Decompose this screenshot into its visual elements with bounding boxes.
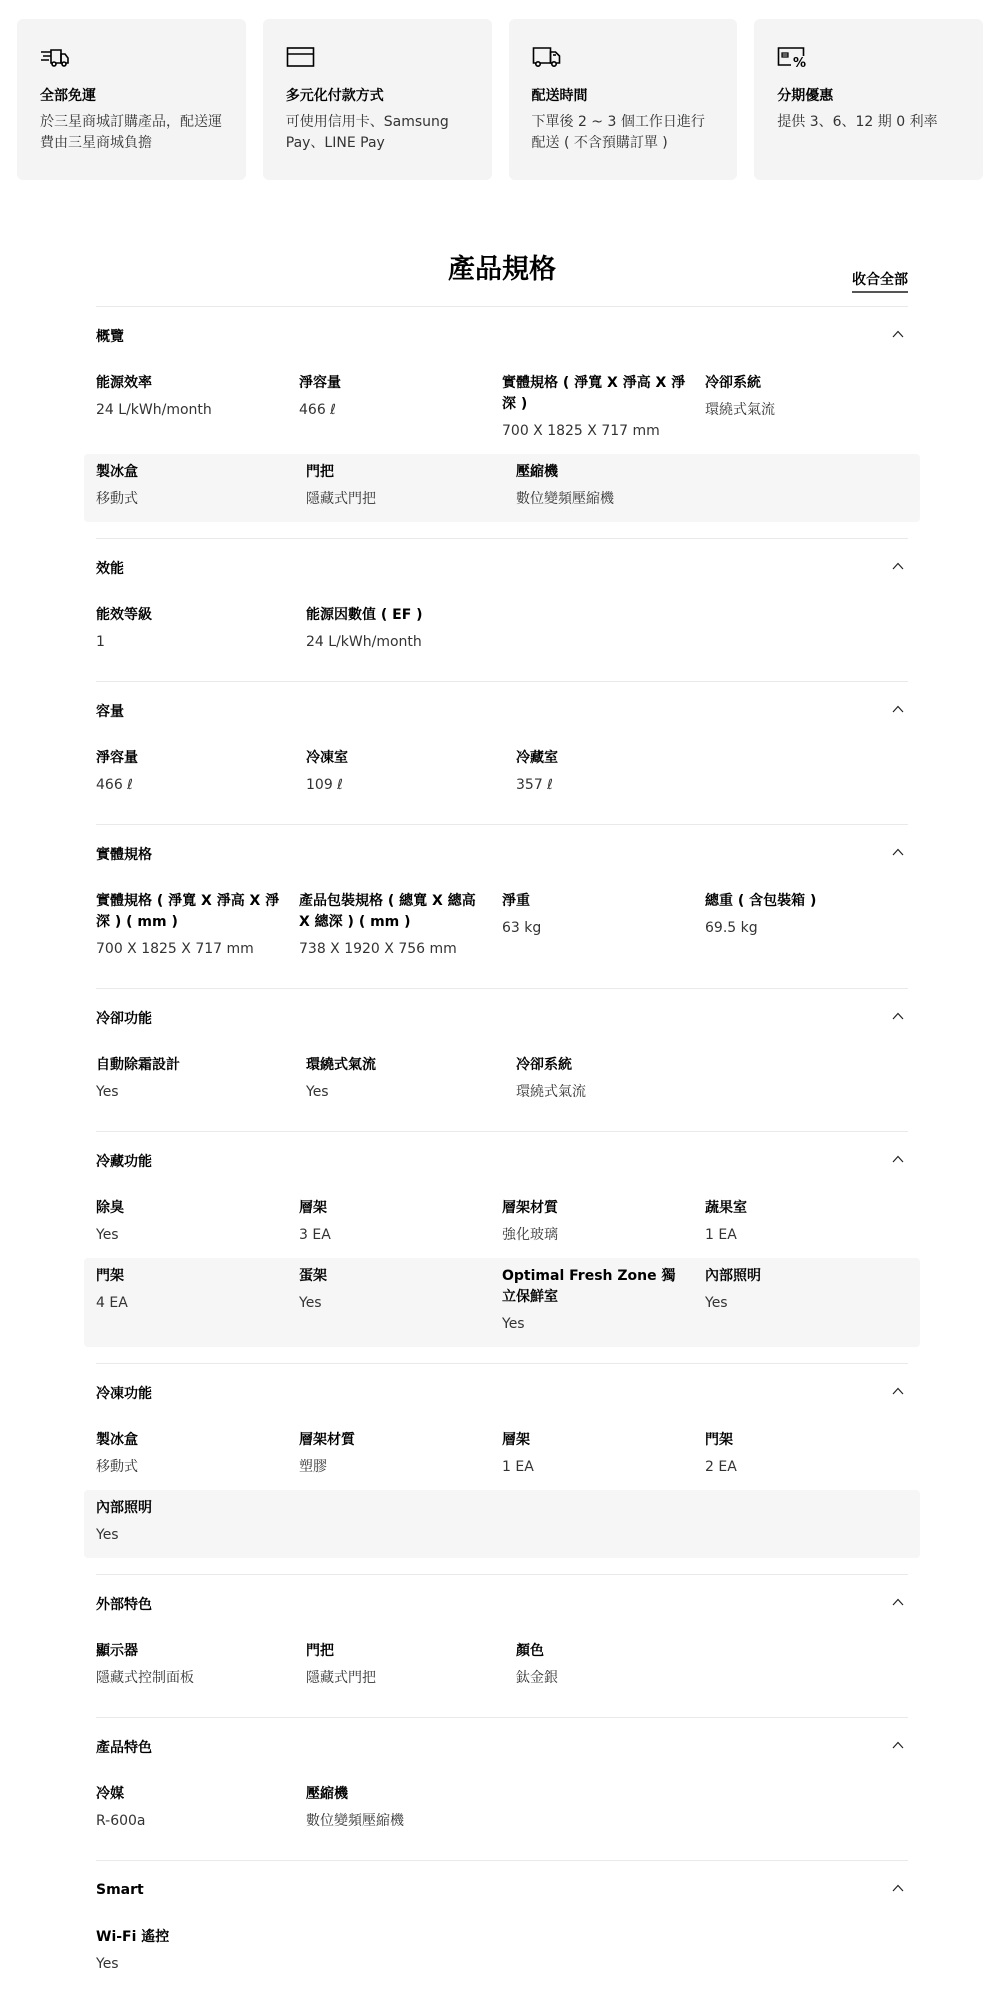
benefits-bar: 全部免運 於三星商城訂購產品，配送運費由三星商城負擔 多元化付款方式 可使用信用… [17, 19, 983, 180]
spec-label: 顯示器 [96, 1641, 288, 1662]
spec-label: 蔬果室 [705, 1198, 890, 1219]
fast-delivery-truck-icon [40, 45, 70, 69]
section-title: 冷卻功能 [96, 1008, 152, 1028]
spec-label: 自動除霜設計 [96, 1055, 288, 1076]
spec-row: 能源效率24 L/kWh/month淨容量466 ℓ實體規格 ( 淨寬 X 淨高… [96, 365, 908, 454]
spec-value: 隱藏式門把 [306, 1668, 498, 1689]
spec-value: 466 ℓ [299, 400, 484, 421]
section-title: 冷藏功能 [96, 1151, 152, 1171]
benefit-desc: 可使用信用卡、Samsung Pay、LINE Pay [286, 112, 470, 154]
spec-value: Yes [705, 1293, 890, 1314]
benefit-title: 配送時間 [532, 86, 716, 106]
spec-value: R-600a [96, 1811, 288, 1832]
spec-item: 門架4 EA [96, 1266, 299, 1335]
spec-label: 製冰盒 [96, 462, 288, 483]
spec-label: 蛋架 [299, 1266, 484, 1287]
collapse-all-link[interactable]: 收合全部 [852, 270, 908, 293]
delivery-truck-icon [532, 45, 562, 69]
spec-value: 700 X 1825 X 717 mm [502, 421, 687, 442]
spec-value: 塑膠 [299, 1457, 484, 1478]
spec-item: 冷卻系統環繞式氣流 [705, 373, 908, 442]
spec-item: 環繞式氣流Yes [306, 1055, 516, 1103]
spec-item: 實體規格 ( 淨寬 X 淨高 X 淨深 )700 X 1825 X 717 mm [502, 373, 705, 442]
spec-value: 數位變頻壓縮機 [516, 489, 708, 510]
chevron-up-icon[interactable] [892, 1884, 904, 1896]
spec-label: 內部照明 [705, 1266, 890, 1287]
spec-item: 蛋架Yes [299, 1266, 502, 1335]
spec-row: 冷媒R-600a壓縮機數位變頻壓縮機 [96, 1776, 908, 1844]
section-body: 能效等級1能源因數值 ( EF )24 L/kWh/month [96, 597, 908, 681]
spec-value: 63 kg [502, 918, 687, 939]
spec-item: 冷藏室357 ℓ [516, 748, 726, 796]
section-body: Wi-Fi 遙控Yes [96, 1919, 908, 2003]
spec-section: 效能 能效等級1能源因數值 ( EF )24 L/kWh/month [96, 539, 908, 681]
spec-value: Yes [96, 1954, 288, 1975]
spec-label: 冷藏室 [516, 748, 708, 769]
spec-row: 製冰盒移動式層架材質塑膠層架1 EA門架2 EA [96, 1422, 908, 1490]
spec-label: 能源因數值 ( EF ) [306, 605, 498, 626]
section-body: 除臭Yes層架3 EA層架材質強化玻璃蔬果室1 EA門架4 EA蛋架YesOpt… [96, 1190, 908, 1363]
spec-item: 冷凍室109 ℓ [306, 748, 516, 796]
spec-value: 700 X 1825 X 717 mm [96, 939, 281, 960]
spec-value: 鈦金銀 [516, 1668, 708, 1689]
spec-value: 24 L/kWh/month [306, 632, 498, 653]
spec-section: 實體規格 實體規格 ( 淨寬 X 淨高 X 淨深 ) ( mm )700 X 1… [96, 825, 908, 988]
spec-item: 淨重63 kg [502, 891, 705, 960]
spec-value: 3 EA [299, 1225, 484, 1246]
spec-value: 環繞式氣流 [705, 400, 890, 421]
spec-item: 自動除霜設計Yes [96, 1055, 306, 1103]
spec-item: 內部照明Yes [705, 1266, 908, 1335]
spec-item: 淨容量466 ℓ [96, 748, 306, 796]
spec-item: 總重 ( 含包裝箱 )69.5 kg [705, 891, 908, 960]
spec-label: 內部照明 [96, 1498, 288, 1519]
section-header[interactable]: 冷藏功能 [96, 1132, 908, 1190]
spec-label: 總重 ( 含包裝箱 ) [705, 891, 890, 912]
section-header[interactable]: 冷卻功能 [96, 989, 908, 1047]
benefit-installment: % 分期優惠 提供 3、6、12 期 0 利率 [754, 19, 983, 180]
installment-percent-icon: % [777, 45, 807, 69]
spec-item: Wi-Fi 遙控Yes [96, 1927, 306, 1975]
spec-section: 冷藏功能 除臭Yes層架3 EA層架材質強化玻璃蔬果室1 EA門架4 EA蛋架Y… [96, 1132, 908, 1363]
spec-label: 淨重 [502, 891, 687, 912]
section-body: 顯示器隱藏式控制面板門把隱藏式門把顏色鈦金銀 [96, 1633, 908, 1717]
benefit-title: 全部免運 [40, 86, 224, 106]
spec-label: 層架 [299, 1198, 484, 1219]
spec-label: 冷卻系統 [516, 1055, 708, 1076]
section-title: 效能 [96, 558, 124, 578]
section-header[interactable]: 產品特色 [96, 1718, 908, 1776]
page-title: 產品規格 [96, 250, 908, 290]
spec-item: 顏色鈦金銀 [516, 1641, 726, 1689]
spec-label: 層架 [502, 1430, 687, 1451]
spec-label: 環繞式氣流 [306, 1055, 498, 1076]
section-body: 冷媒R-600a壓縮機數位變頻壓縮機 [96, 1776, 908, 1860]
spec-item: 能效等級1 [96, 605, 306, 653]
spec-label: 淨容量 [299, 373, 484, 394]
section-title: 外部特色 [96, 1594, 152, 1614]
spec-label: Wi-Fi 遙控 [96, 1927, 288, 1948]
spec-item: 能源因數值 ( EF )24 L/kWh/month [306, 605, 516, 653]
spec-value: 1 EA [502, 1457, 687, 1478]
spec-value: 109 ℓ [306, 775, 498, 796]
section-body: 製冰盒移動式層架材質塑膠層架1 EA門架2 EA內部照明Yes [96, 1422, 908, 1574]
spec-value: 357 ℓ [516, 775, 708, 796]
spec-label: Optimal Fresh Zone 獨立保鮮室 [502, 1266, 687, 1308]
spec-label: 實體規格 ( 淨寬 X 淨高 X 淨深 ) [502, 373, 687, 415]
benefit-free-shipping: 全部免運 於三星商城訂購產品，配送運費由三星商城負擔 [17, 19, 246, 180]
spec-item: 層架3 EA [299, 1198, 502, 1246]
section-body: 能源效率24 L/kWh/month淨容量466 ℓ實體規格 ( 淨寬 X 淨高… [96, 365, 908, 538]
spec-value: 466 ℓ [96, 775, 288, 796]
spec-value: 移動式 [96, 489, 288, 510]
benefit-desc: 下單後 2 ~ 3 個工作日進行配送 ( 不含預購訂單 ) [532, 112, 716, 154]
spec-section: 冷凍功能 製冰盒移動式層架材質塑膠層架1 EA門架2 EA內部照明Yes [96, 1364, 908, 1574]
spec-section: 概覽 能源效率24 L/kWh/month淨容量466 ℓ實體規格 ( 淨寬 X… [96, 307, 908, 538]
spec-value: Yes [96, 1525, 288, 1546]
benefit-delivery-time: 配送時間 下單後 2 ~ 3 個工作日進行配送 ( 不含預購訂單 ) [509, 19, 738, 180]
section-header[interactable]: 實體規格 [96, 825, 908, 883]
section-header[interactable]: 概覽 [96, 307, 908, 365]
spec-item: 冷媒R-600a [96, 1784, 306, 1832]
chevron-up-icon[interactable] [892, 562, 904, 574]
spec-item: 門把隱藏式門把 [306, 462, 516, 510]
spec-row: Wi-Fi 遙控Yes [96, 1919, 908, 1987]
spec-label: 產品包裝規格 ( 總寬 X 總高 X 總深 ) ( mm ) [299, 891, 484, 933]
chevron-up-icon[interactable] [892, 1155, 904, 1167]
chevron-up-icon[interactable] [892, 705, 904, 717]
spec-row: 內部照明Yes [84, 1490, 920, 1558]
spec-value: 2 EA [705, 1457, 890, 1478]
chevron-up-icon[interactable] [892, 1598, 904, 1610]
spec-item: Optimal Fresh Zone 獨立保鮮室Yes [502, 1266, 705, 1335]
spec-value: Yes [299, 1293, 484, 1314]
spec-label: 層架材質 [502, 1198, 687, 1219]
spec-item: 層架材質強化玻璃 [502, 1198, 705, 1246]
benefit-title: 分期優惠 [777, 86, 961, 106]
spec-value: Yes [306, 1082, 498, 1103]
spec-value: 數位變頻壓縮機 [306, 1811, 498, 1832]
section-body: 淨容量466 ℓ冷凍室109 ℓ冷藏室357 ℓ [96, 740, 908, 824]
section-title: 實體規格 [96, 844, 152, 864]
spec-row: 實體規格 ( 淨寬 X 淨高 X 淨深 ) ( mm )700 X 1825 X… [96, 883, 908, 972]
spec-item: 產品包裝規格 ( 總寬 X 總高 X 總深 ) ( mm )738 X 1920… [299, 891, 502, 960]
spec-item: 顯示器隱藏式控制面板 [96, 1641, 306, 1689]
spec-row: 淨容量466 ℓ冷凍室109 ℓ冷藏室357 ℓ [96, 740, 908, 808]
spec-label: 門架 [705, 1430, 890, 1451]
spec-label: 冷卻系統 [705, 373, 890, 394]
spec-label: 層架材質 [299, 1430, 484, 1451]
section-title: Smart [96, 1882, 144, 1898]
spec-value: 738 X 1920 X 756 mm [299, 939, 484, 960]
benefit-desc: 提供 3、6、12 期 0 利率 [777, 112, 961, 133]
chevron-up-icon[interactable] [892, 1012, 904, 1024]
product-specs: 產品規格 收合全部 概覽 能源效率24 L/kWh/month淨容量466 ℓ實… [96, 250, 908, 2003]
spec-item: 實體規格 ( 淨寬 X 淨高 X 淨深 ) ( mm )700 X 1825 X… [96, 891, 299, 960]
spec-item: 層架材質塑膠 [299, 1430, 502, 1478]
spec-value: Yes [96, 1225, 281, 1246]
chevron-up-icon[interactable] [892, 330, 904, 342]
spec-value: 1 EA [705, 1225, 890, 1246]
spec-label: 顏色 [516, 1641, 708, 1662]
spec-item: 層架1 EA [502, 1430, 705, 1478]
spec-label: 門把 [306, 1641, 498, 1662]
spec-row: 除臭Yes層架3 EA層架材質強化玻璃蔬果室1 EA [96, 1190, 908, 1258]
spec-label: 冷媒 [96, 1784, 288, 1805]
chevron-up-icon[interactable] [892, 848, 904, 860]
section-body: 自動除霜設計Yes環繞式氣流Yes冷卻系統環繞式氣流 [96, 1047, 908, 1131]
spec-value: 隱藏式門把 [306, 489, 498, 510]
spec-value: Yes [502, 1314, 687, 1335]
section-header[interactable]: 容量 [96, 682, 908, 740]
spec-value: Yes [96, 1082, 288, 1103]
spec-row: 門架4 EA蛋架YesOptimal Fresh Zone 獨立保鮮室Yes內部… [84, 1258, 920, 1347]
spec-item: 除臭Yes [96, 1198, 299, 1246]
section-header[interactable]: 外部特色 [96, 1575, 908, 1633]
section-title: 容量 [96, 701, 124, 721]
spec-row: 自動除霜設計Yes環繞式氣流Yes冷卻系統環繞式氣流 [96, 1047, 908, 1115]
spec-label: 淨容量 [96, 748, 288, 769]
spec-label: 除臭 [96, 1198, 281, 1219]
spec-item: 製冰盒移動式 [96, 462, 306, 510]
spec-value: 隱藏式控制面板 [96, 1668, 288, 1689]
section-body: 實體規格 ( 淨寬 X 淨高 X 淨深 ) ( mm )700 X 1825 X… [96, 883, 908, 988]
section-header[interactable]: 冷凍功能 [96, 1364, 908, 1422]
spec-label: 門架 [96, 1266, 281, 1287]
spec-section: 外部特色 顯示器隱藏式控制面板門把隱藏式門把顏色鈦金銀 [96, 1575, 908, 1717]
benefit-desc: 於三星商城訂購產品，配送運費由三星商城負擔 [40, 112, 224, 154]
section-header[interactable]: Smart [96, 1861, 908, 1919]
spec-value: 24 L/kWh/month [96, 400, 281, 421]
spec-label: 門把 [306, 462, 498, 483]
spec-item: 門把隱藏式門把 [306, 1641, 516, 1689]
spec-item: 能源效率24 L/kWh/month [96, 373, 299, 442]
spec-label: 能源效率 [96, 373, 281, 394]
spec-label: 能效等級 [96, 605, 288, 626]
section-title: 概覽 [96, 326, 124, 346]
spec-item: 壓縮機數位變頻壓縮機 [516, 462, 726, 510]
spec-section: 冷卻功能 自動除霜設計Yes環繞式氣流Yes冷卻系統環繞式氣流 [96, 989, 908, 1131]
section-title: 冷凍功能 [96, 1383, 152, 1403]
section-title: 產品特色 [96, 1737, 152, 1757]
spec-label: 冷凍室 [306, 748, 498, 769]
chevron-up-icon[interactable] [892, 1387, 904, 1399]
spec-item: 淨容量466 ℓ [299, 373, 502, 442]
spec-label: 壓縮機 [516, 462, 708, 483]
spec-label: 壓縮機 [306, 1784, 498, 1805]
spec-row: 能效等級1能源因數值 ( EF )24 L/kWh/month [96, 597, 908, 665]
spec-row: 製冰盒移動式門把隱藏式門把壓縮機數位變頻壓縮機 [84, 454, 920, 522]
spec-value: 4 EA [96, 1293, 281, 1314]
spec-value: 環繞式氣流 [516, 1082, 708, 1103]
spec-item: 壓縮機數位變頻壓縮機 [306, 1784, 516, 1832]
spec-item: 製冰盒移動式 [96, 1430, 299, 1478]
section-header[interactable]: 效能 [96, 539, 908, 597]
spec-item: 門架2 EA [705, 1430, 908, 1478]
credit-card-icon [286, 45, 316, 69]
chevron-up-icon[interactable] [892, 1741, 904, 1753]
spec-section: Smart Wi-Fi 遙控Yes [96, 1861, 908, 2003]
spec-value: 69.5 kg [705, 918, 890, 939]
spec-section: 容量 淨容量466 ℓ冷凍室109 ℓ冷藏室357 ℓ [96, 682, 908, 824]
svg-text:%: % [793, 56, 806, 69]
spec-value: 1 [96, 632, 288, 653]
spec-label: 製冰盒 [96, 1430, 281, 1451]
spec-value: 強化玻璃 [502, 1225, 687, 1246]
benefit-payment-methods: 多元化付款方式 可使用信用卡、Samsung Pay、LINE Pay [263, 19, 492, 180]
spec-item: 冷卻系統環繞式氣流 [516, 1055, 726, 1103]
spec-row: 顯示器隱藏式控制面板門把隱藏式門把顏色鈦金銀 [96, 1633, 908, 1701]
spec-label: 實體規格 ( 淨寬 X 淨高 X 淨深 ) ( mm ) [96, 891, 281, 933]
spec-item: 蔬果室1 EA [705, 1198, 908, 1246]
benefit-title: 多元化付款方式 [286, 86, 470, 106]
spec-item: 內部照明Yes [96, 1498, 306, 1546]
spec-section: 產品特色 冷媒R-600a壓縮機數位變頻壓縮機 [96, 1718, 908, 1860]
spec-value: 移動式 [96, 1457, 281, 1478]
